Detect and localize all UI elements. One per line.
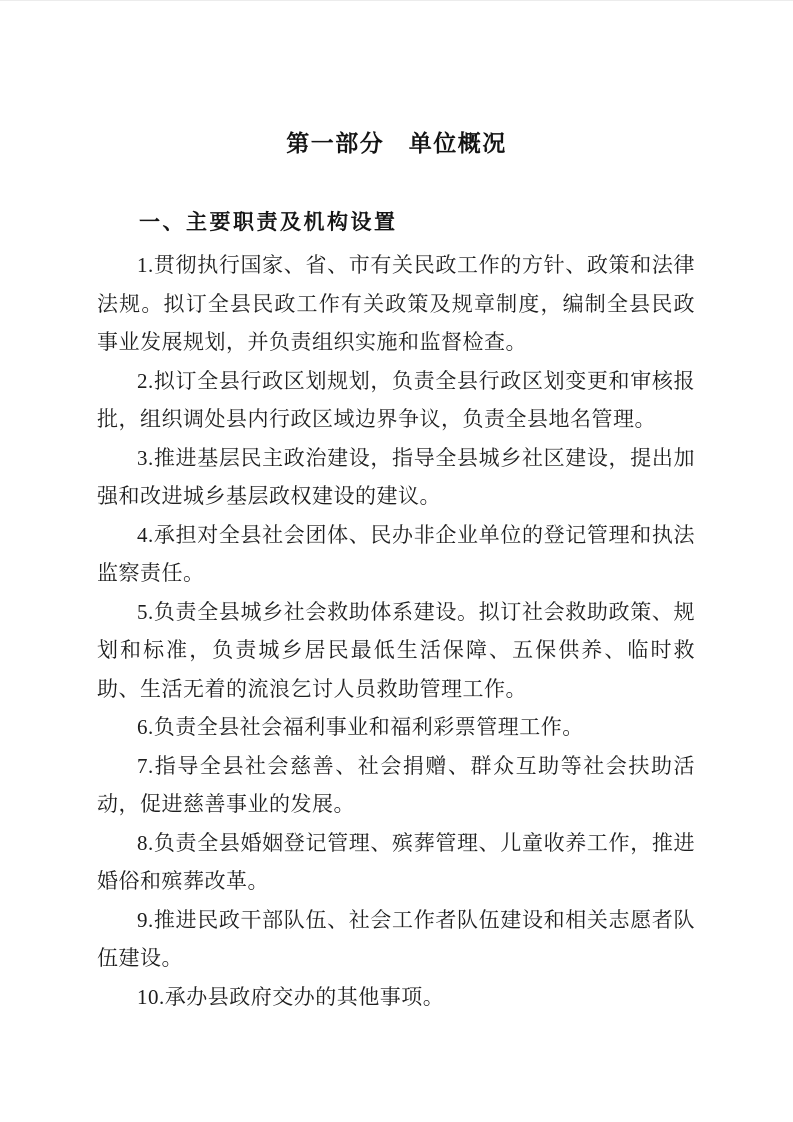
body-paragraph-5: 5.负责全县城乡社会救助体系建设。拟订社会救助政策、规划和标准，负责城乡居民最低… bbox=[97, 593, 695, 709]
section-heading: 一、主要职责及机构设置 bbox=[97, 208, 695, 238]
body-paragraph-2: 2.拟订全县行政区划规划，负责全县行政区划变更和审核报批，组织调处县内行政区域边… bbox=[97, 362, 695, 439]
body-paragraph-1: 1.贯彻执行国家、省、市有关民政工作的方针、政策和法律法规。拟订全县民政工作有关… bbox=[97, 246, 695, 362]
document-page: 第一部分 单位概况 一、主要职责及机构设置 1.贯彻执行国家、省、市有关民政工作… bbox=[0, 0, 793, 1122]
body-paragraph-9: 9.推进民政干部队伍、社会工作者队伍建设和相关志愿者队伍建设。 bbox=[97, 901, 695, 978]
body-paragraph-10: 10.承办县政府交办的其他事项。 bbox=[97, 978, 695, 1017]
body-paragraph-6: 6.负责全县社会福利事业和福利彩票管理工作。 bbox=[97, 708, 695, 747]
body-paragraph-3: 3.推进基层民主政治建设，指导全县城乡社区建设，提出加强和改进城乡基层政权建设的… bbox=[97, 439, 695, 516]
body-paragraph-8: 8.负责全县婚姻登记管理、殡葬管理、儿童收养工作，推进婚俗和殡葬改革。 bbox=[97, 824, 695, 901]
document-title: 第一部分 单位概况 bbox=[0, 1, 793, 160]
body-paragraph-4: 4.承担对全县社会团体、民办非企业单位的登记管理和执法监察责任。 bbox=[97, 516, 695, 593]
document-body: 1.贯彻执行国家、省、市有关民政工作的方针、政策和法律法规。拟订全县民政工作有关… bbox=[97, 246, 695, 1016]
body-paragraph-7: 7.指导全县社会慈善、社会捐赠、群众互助等社会扶助活动，促进慈善事业的发展。 bbox=[97, 747, 695, 824]
